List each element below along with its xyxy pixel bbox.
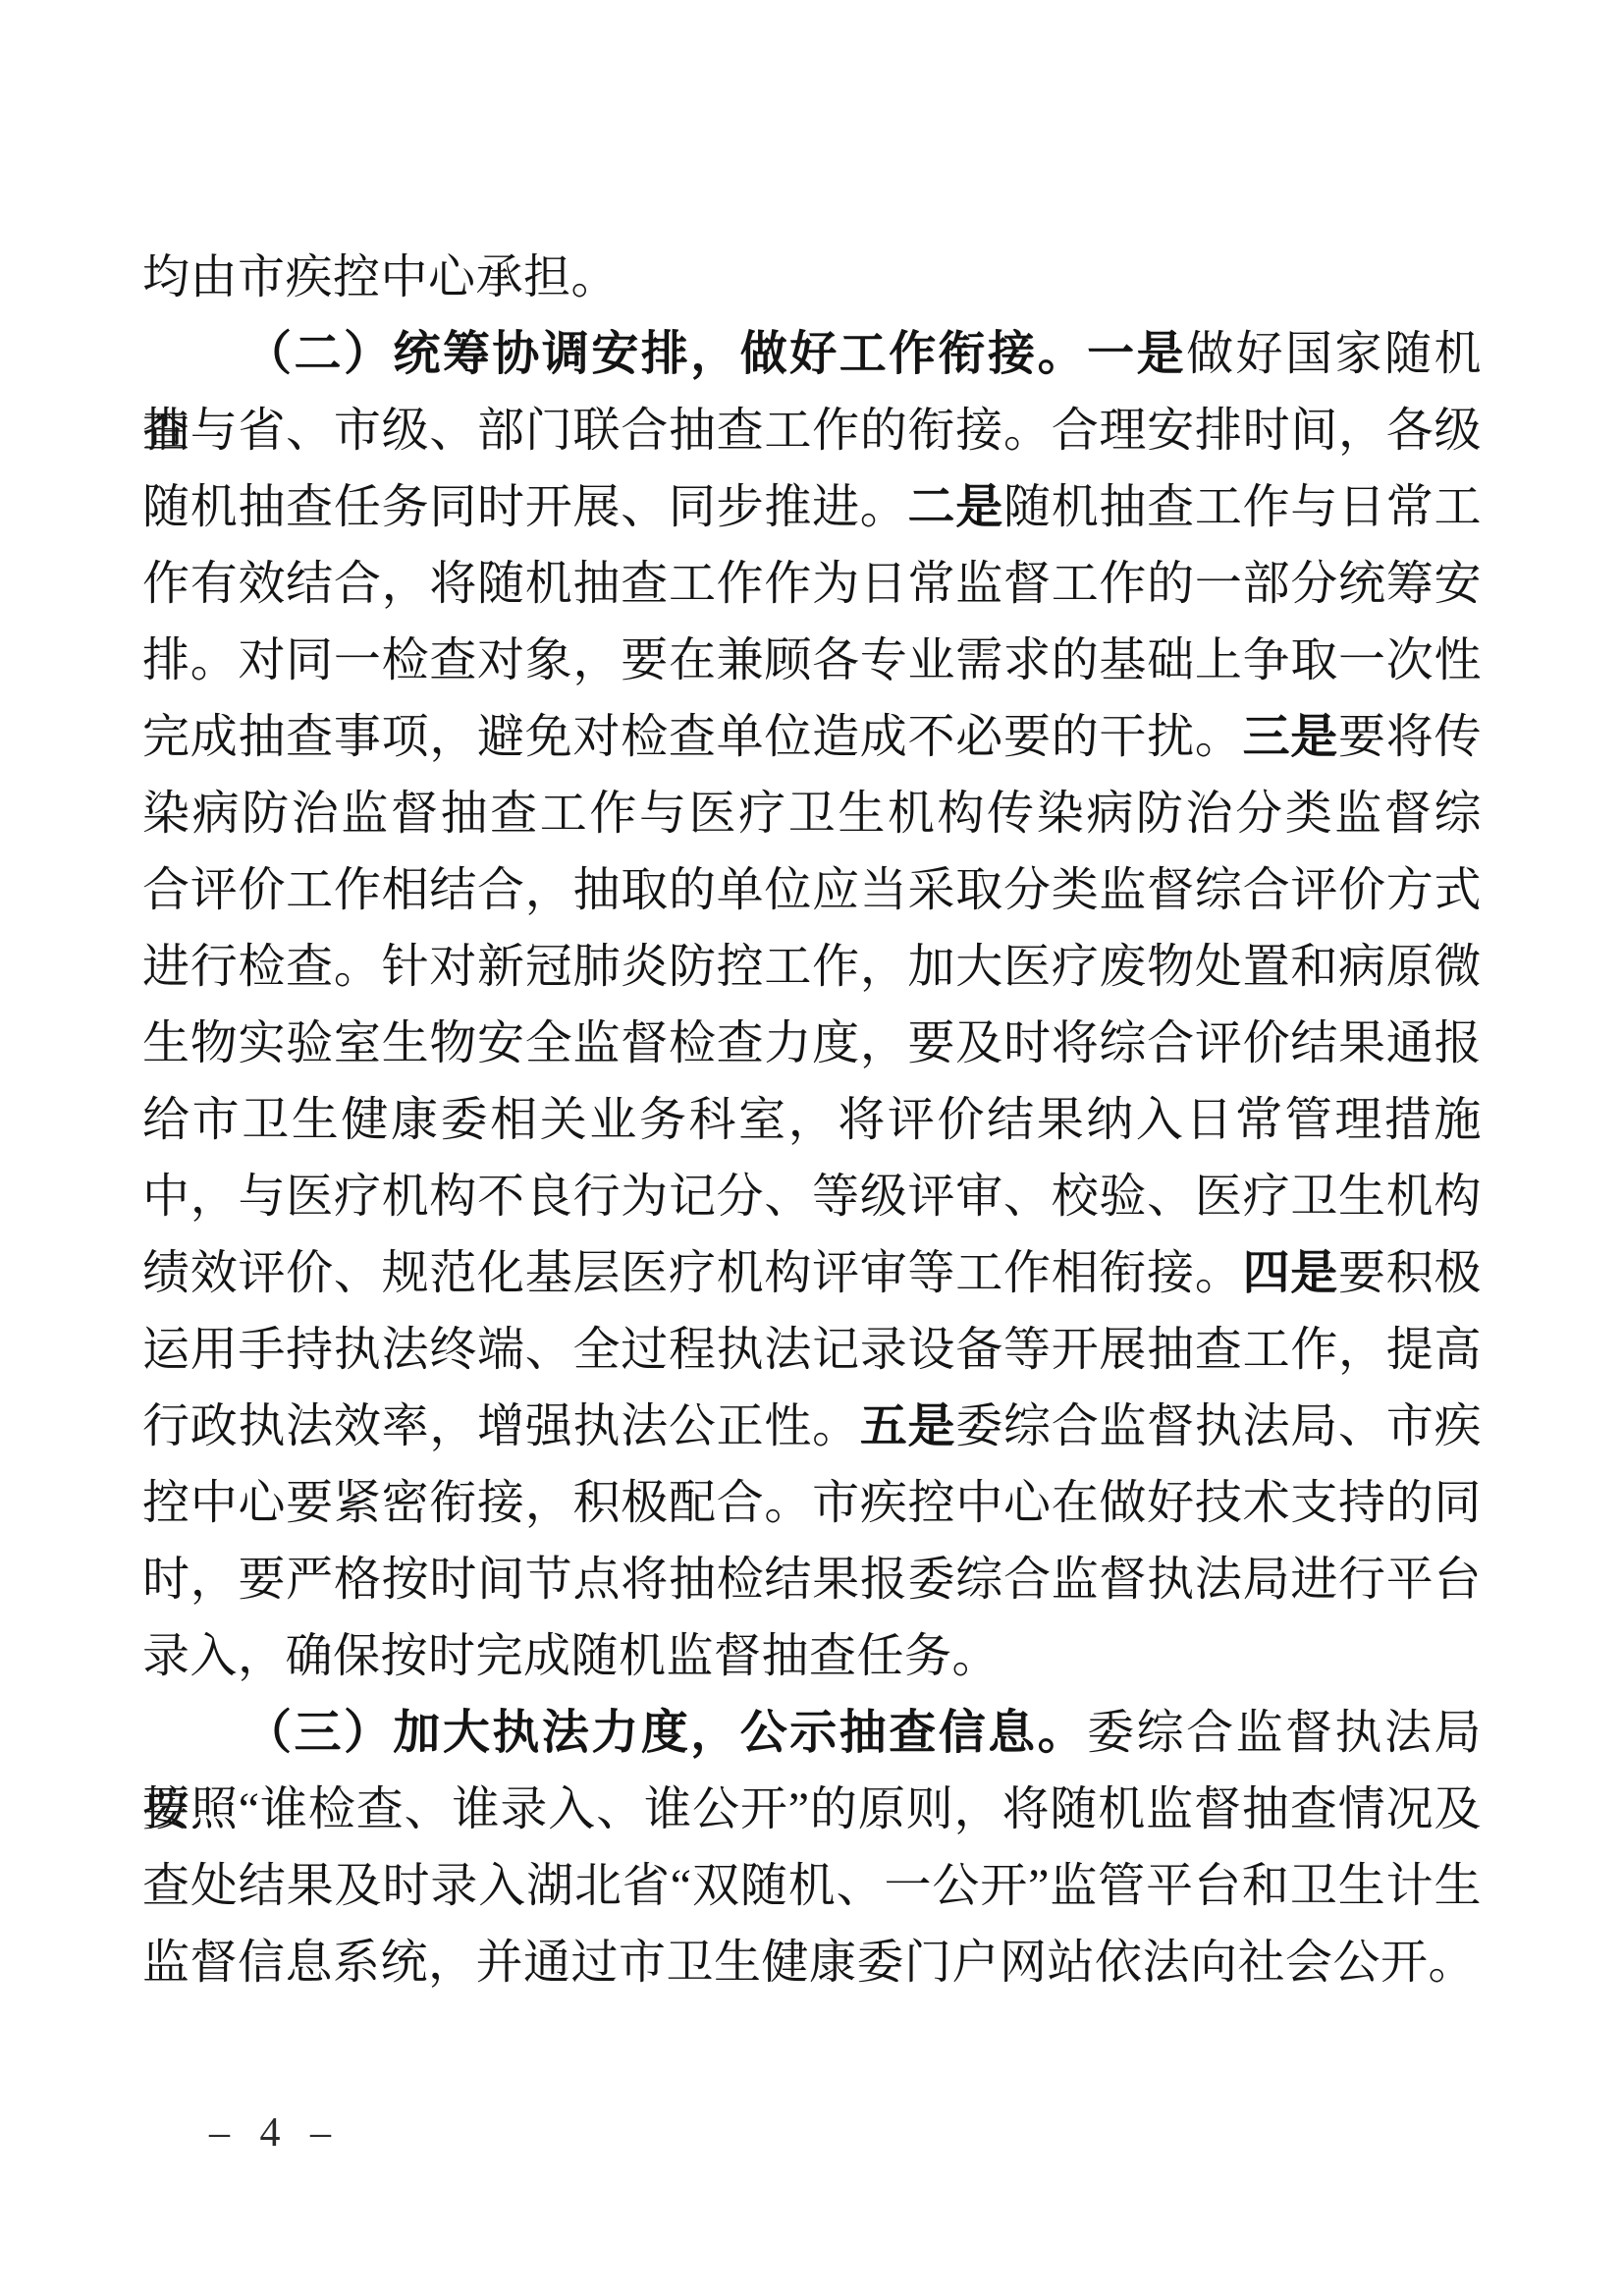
emphasis-text-run: 五是 [860, 1400, 955, 1452]
text-run: 查与省、市级、部门联合抽查工作的衔接。合理安排时间，各级 [142, 405, 1482, 457]
text-run: 随机抽查任务同时开展、同步推进。 [142, 481, 908, 533]
emphasis-text-run: 一是 [1087, 328, 1186, 380]
text-run: 排。对同一检查对象，要在兼顾各专业需求的基础上争取一次性 [142, 634, 1482, 686]
document-line: （三）加大执法力度，公示抽查信息。委综合监督执法局要 [142, 1695, 1482, 1772]
document-line: 排。对同一检查对象，要在兼顾各专业需求的基础上争取一次性 [142, 623, 1482, 699]
text-run: 进行检查。针对新冠肺炎防控工作，加大医疗废物处置和病原微 [142, 941, 1482, 993]
document-line: 合评价工作相结合，抽取的单位应当采取分类监督综合评价方式 [142, 852, 1482, 929]
text-run: 作有效结合，将随机抽查工作作为日常监督工作的一部分统筹安 [142, 558, 1482, 610]
document-line: 查处结果及时录入湖北省“双随机、一公开”监管平台和卫生计生 [142, 1848, 1482, 1925]
text-run: 按照“谁检查、谁录入、谁公开”的原则，将随机监督抽查情况及 [142, 1783, 1482, 1835]
text-run: 合评价工作相结合，抽取的单位应当采取分类监督综合评价方式 [142, 864, 1482, 916]
emphasis-text-run: 四是 [1243, 1247, 1338, 1299]
document-line: （二）统筹协调安排，做好工作衔接。一是做好国家随机抽 [142, 316, 1482, 393]
text-run: 染病防治监督抽查工作与医疗卫生机构传染病防治分类监督综 [142, 788, 1482, 840]
heading-text-run: （三）加大执法力度，公示抽查信息。 [244, 1707, 1087, 1759]
text-run: 要将传 [1338, 711, 1482, 763]
text-run: 控中心要紧密衔接，积极配合。市疾控中心在做好技术支持的同 [142, 1477, 1482, 1529]
text-run: 监督信息系统，并通过市卫生健康委门户网站依法向社会公开。 [142, 1937, 1476, 1989]
document-line: 作有效结合，将随机抽查工作作为日常监督工作的一部分统筹安 [142, 546, 1482, 623]
document-line: 完成抽查事项，避免对检查单位造成不必要的干扰。三是要将传 [142, 699, 1482, 776]
document-line: 行政执法效率，增强执法公正性。五是委综合监督执法局、市疾 [142, 1389, 1482, 1465]
document-line: 生物实验室生物安全监督检查力度，要及时将综合评价结果通报 [142, 1006, 1482, 1082]
document-line: 给市卫生健康委相关业务科室，将评价结果纳入日常管理措施 [142, 1082, 1482, 1159]
document-line: 查与省、市级、部门联合抽查工作的衔接。合理安排时间，各级 [142, 393, 1482, 469]
document-line: 控中心要紧密衔接，积极配合。市疾控中心在做好技术支持的同 [142, 1465, 1482, 1542]
text-run: 均由市疾控中心承担。 [142, 251, 619, 303]
document-line: 中，与医疗机构不良行为记分、等级评审、校验、医疗卫生机构 [142, 1159, 1482, 1235]
text-run: 委综合监督执法局、市疾 [955, 1400, 1482, 1452]
text-run: 要积极 [1338, 1247, 1482, 1299]
document-body: 均由市疾控中心承担。（二）统筹协调安排，做好工作衔接。一是做好国家随机抽查与省、… [142, 240, 1482, 2001]
page-number: – 4 – [209, 2109, 341, 2157]
document-line: 按照“谁检查、谁录入、谁公开”的原则，将随机监督抽查情况及 [142, 1772, 1482, 1848]
heading-text-run: （二）统筹协调安排，做好工作衔接。 [244, 328, 1087, 380]
text-run: 生物实验室生物安全监督检查力度，要及时将综合评价结果通报 [142, 1017, 1482, 1069]
text-run: 查处结果及时录入湖北省“双随机、一公开”监管平台和卫生计生 [142, 1860, 1482, 1912]
text-run: 运用手持执法终端、全过程执法记录设备等开展抽查工作，提高 [142, 1324, 1482, 1376]
document-line: 绩效评价、规范化基层医疗机构评审等工作相衔接。四是要积极 [142, 1235, 1482, 1312]
emphasis-text-run: 三是 [1243, 711, 1338, 763]
text-run: 完成抽查事项，避免对检查单位造成不必要的干扰。 [142, 711, 1243, 763]
emphasis-text-run: 二是 [908, 481, 1003, 533]
document-line: 均由市疾控中心承担。 [142, 240, 1482, 316]
text-run: 时，要严格按时间节点将抽检结果报委综合监督执法局进行平台 [142, 1554, 1482, 1606]
document-line: 录入，确保按时完成随机监督抽查任务。 [142, 1618, 1482, 1695]
document-line: 进行检查。针对新冠肺炎防控工作，加大医疗废物处置和病原微 [142, 929, 1482, 1006]
text-run: 给市卫生健康委相关业务科室，将评价结果纳入日常管理措施 [142, 1094, 1482, 1146]
document-page: 均由市疾控中心承担。（二）统筹协调安排，做好工作衔接。一是做好国家随机抽查与省、… [0, 0, 1623, 2296]
document-line: 随机抽查任务同时开展、同步推进。二是随机抽查工作与日常工 [142, 469, 1482, 546]
document-line: 时，要严格按时间节点将抽检结果报委综合监督执法局进行平台 [142, 1542, 1482, 1618]
text-run: 绩效评价、规范化基层医疗机构评审等工作相衔接。 [142, 1247, 1243, 1299]
text-run: 行政执法效率，增强执法公正性。 [142, 1400, 860, 1452]
document-line: 运用手持执法终端、全过程执法记录设备等开展抽查工作，提高 [142, 1312, 1482, 1389]
text-run: 中，与医疗机构不良行为记分、等级评审、校验、医疗卫生机构 [142, 1171, 1482, 1223]
document-line: 染病防治监督抽查工作与医疗卫生机构传染病防治分类监督综 [142, 776, 1482, 852]
text-run: 录入，确保按时完成随机监督抽查任务。 [142, 1630, 1000, 1682]
text-run: 随机抽查工作与日常工 [1003, 481, 1482, 533]
document-line: 监督信息系统，并通过市卫生健康委门户网站依法向社会公开。 [142, 1925, 1482, 2001]
